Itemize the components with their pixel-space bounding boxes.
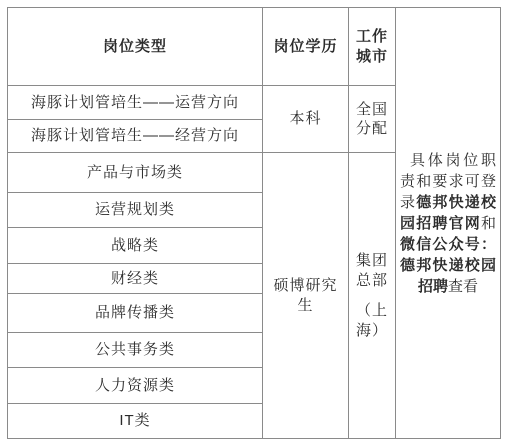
position-cell: 海豚计划管培生——经营方向 — [8, 120, 263, 153]
notice-text: 具体岗位职责和要求可登录德邦快递校园招聘官网和微信公众号：德邦快递校园招聘查看 — [400, 150, 496, 297]
position-cell: 运营规划类 — [8, 193, 263, 228]
position-cell: 产品与市场类 — [8, 153, 263, 193]
education-cell-graduate: 硕博研究生 — [263, 153, 349, 439]
position-cell: 人力资源类 — [8, 368, 263, 404]
education-cell-bachelor: 本科 — [263, 86, 349, 153]
header-position-type: 岗位类型 — [8, 8, 263, 86]
header-row: 岗位类型 岗位学历 工作城市 具体岗位职责和要求可登录德邦快递校园招聘官网和微信… — [8, 8, 501, 86]
position-cell: 品牌传播类 — [8, 294, 263, 333]
position-cell: IT类 — [8, 404, 263, 439]
city-cell-nationwide: 全国分配 — [349, 86, 396, 153]
city-line: （上海） — [353, 301, 391, 340]
position-cell: 财经类 — [8, 264, 263, 294]
notice-segment: 和 — [481, 215, 496, 232]
job-positions-table: 岗位类型 岗位学历 工作城市 具体岗位职责和要求可登录德邦快递校园招聘官网和微信… — [7, 7, 501, 439]
document-page: 岗位类型 岗位学历 工作城市 具体岗位职责和要求可登录德邦快递校园招聘官网和微信… — [0, 7, 529, 445]
position-cell: 战略类 — [8, 228, 263, 264]
notice-cell: 具体岗位职责和要求可登录德邦快递校园招聘官网和微信公众号：德邦快递校园招聘查看 — [396, 8, 501, 439]
header-education: 岗位学历 — [263, 8, 349, 86]
position-cell: 海豚计划管培生——运营方向 — [8, 86, 263, 120]
notice-segment: 查看 — [448, 278, 478, 295]
city-cell-headquarters: 集团总部 （上海） — [349, 153, 396, 439]
city-line: 集团总部 — [353, 251, 391, 290]
position-cell: 公共事务类 — [8, 333, 263, 368]
header-work-city: 工作城市 — [349, 8, 396, 86]
